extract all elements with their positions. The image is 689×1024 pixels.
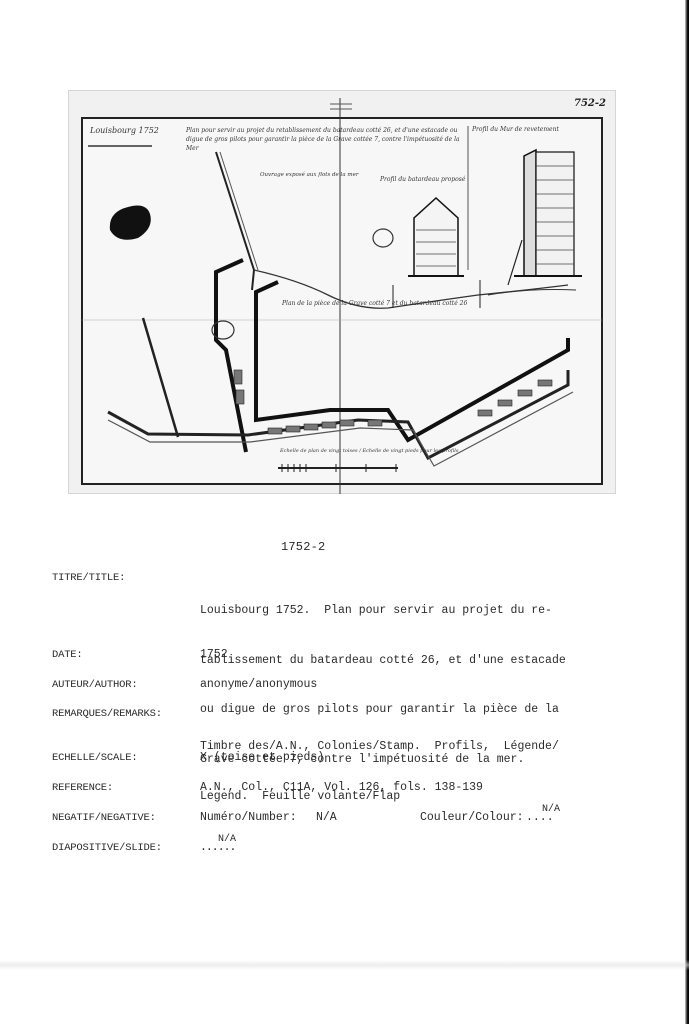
negative-number-value: N/A: [316, 810, 337, 827]
field-label: REMARQUES/REMARKS:: [52, 706, 162, 723]
map-cartouche-label: Louisbourg 1752: [90, 126, 159, 135]
negative-colour-value: N/A: [542, 802, 560, 819]
map-photograph: 752-2 Louisbourg 1752 Plan pour servir a…: [68, 90, 616, 494]
field-label: DATE:: [52, 647, 83, 664]
field-value: 1752: [200, 647, 228, 664]
map-profile-label-left: Profil du batardeau proposé: [380, 176, 465, 183]
negative-colour-label: Couleur/Colour:: [420, 810, 524, 827]
field-label: NEGATIF/NEGATIVE:: [52, 810, 156, 827]
plate-number: 752-2: [574, 98, 606, 109]
field-value: anonyme/anonymous: [200, 677, 317, 694]
field-label: AUTEUR/AUTHOR:: [52, 677, 137, 694]
map-plan-label: Plan de la pièce de la Grave cotté 7 et …: [282, 300, 467, 307]
negative-number-label: Numéro/Number:: [200, 810, 297, 827]
field-label: ECHELLE/SCALE:: [52, 750, 137, 767]
map-legend-note: Ouvrage exposé aux flots de la mer: [260, 172, 358, 178]
field-label: REFERENCE:: [52, 780, 113, 797]
scan-edge: [685, 0, 689, 1024]
field-label: DIAPOSITIVE/SLIDE:: [52, 840, 162, 857]
field-label: TITRE/TITLE:: [52, 570, 125, 587]
scan-fold-shadow: [0, 960, 689, 970]
map-scale-label: Echelle de plan de vingt toises / Echell…: [280, 448, 458, 454]
field-value: X (toise et pieds): [200, 750, 324, 767]
map-title-script: Plan pour servir au projet du retablisse…: [186, 126, 468, 153]
field-value: A.N., Col., C11A, Vol. 126, fols. 138-13…: [200, 780, 483, 797]
slide-value: N/A: [218, 832, 236, 849]
map-profile-label-right: Profil du Mur de revetement: [472, 126, 559, 133]
catalog-number: 1752-2: [281, 540, 325, 554]
